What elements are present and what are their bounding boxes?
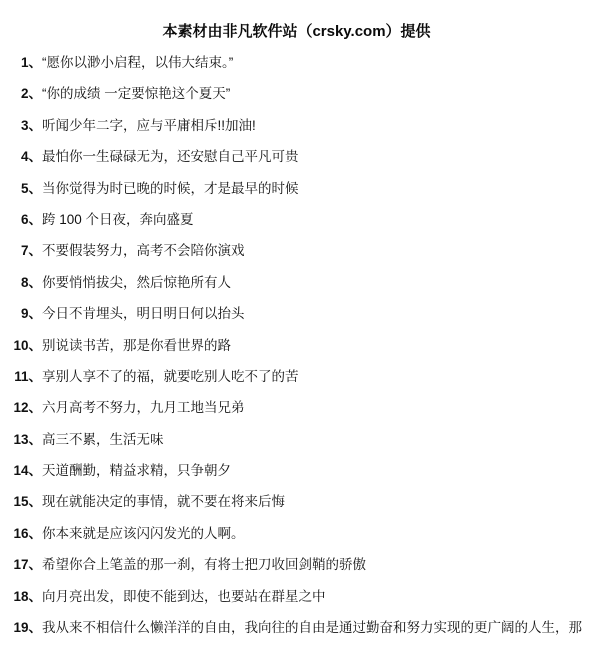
item-text: “愿你以渺小启程，以伟大结束。” (42, 47, 233, 78)
item-number: 13、 (12, 424, 42, 455)
item-text: 你本来就是应该闪闪发光的人啊。 (42, 518, 245, 549)
list-item: 3、 听闻少年二字，应与平庸相斥!!加油! (12, 110, 593, 141)
list-item: 14、 天道酬勤，精益求精，只争朝夕 (12, 455, 593, 486)
item-text: 现在就能决定的事情，就不要在将来后悔 (42, 486, 285, 517)
item-text: 希望你合上笔盖的那一刹，有将士把刀收回剑鞘的骄傲 (42, 549, 366, 580)
item-text: 跨 100 个日夜，奔向盛夏 (42, 204, 194, 235)
item-text: 六月高考不努力，九月工地当兄弟 (42, 392, 245, 423)
item-text: 我从来不相信什么懒洋洋的自由，我向往的自由是通过勤奋和努力实现的更广阔的人生，那 (42, 612, 582, 643)
page-title: 本素材由非凡软件站（crsky.com）提供 (0, 0, 593, 47)
item-text: 听闻少年二字，应与平庸相斥!!加油! (42, 110, 256, 141)
item-number: 9、 (12, 298, 42, 329)
list-item: 7、 不要假装努力，高考不会陪你演戏 (12, 235, 593, 266)
item-text: 别说读书苦，那是你看世界的路 (42, 330, 231, 361)
list-item: 19、 我从来不相信什么懒洋洋的自由，我向往的自由是通过勤奋和努力实现的更广阔的… (12, 612, 593, 643)
list-item: 2、 “你的成绩 一定要惊艳这个夏天” (12, 78, 593, 109)
item-text: 当你觉得为时已晚的时候，才是最早的时候 (42, 173, 299, 204)
item-number: 14、 (12, 455, 42, 486)
item-number: 4、 (12, 141, 42, 172)
list-item: 6、 跨 100 个日夜，奔向盛夏 (12, 204, 593, 235)
item-text: 不要假装努力，高考不会陪你演戏 (42, 235, 245, 266)
item-number: 19、 (12, 612, 42, 643)
item-number: 3、 (12, 110, 42, 141)
item-text: “你的成绩 一定要惊艳这个夏天” (42, 78, 230, 109)
item-text: 享别人享不了的福，就要吃别人吃不了的苦 (42, 361, 299, 392)
list-item: 15、 现在就能决定的事情，就不要在将来后悔 (12, 486, 593, 517)
item-number: 16、 (12, 518, 42, 549)
item-text: 你要悄悄拔尖，然后惊艳所有人 (42, 267, 231, 298)
list-item: 5、 当你觉得为时已晚的时候，才是最早的时候 (12, 173, 593, 204)
item-number: 1、 (12, 47, 42, 78)
item-number: 15、 (12, 486, 42, 517)
item-number: 10、 (12, 330, 42, 361)
item-number: 11、 (12, 361, 42, 392)
list-item: 9、 今日不肯埋头，明日明日何以抬头 (12, 298, 593, 329)
list-item: 13、 高三不累，生活无味 (12, 424, 593, 455)
item-number: 12、 (12, 392, 42, 423)
list-item: 18、 向月亮出发，即使不能到达，也要站在群星之中 (12, 581, 593, 612)
list-item: 11、 享别人享不了的福，就要吃别人吃不了的苦 (12, 361, 593, 392)
quote-list: 1、 “愿你以渺小启程，以伟大结束。” 2、 “你的成绩 一定要惊艳这个夏天” … (0, 47, 593, 643)
item-number: 8、 (12, 267, 42, 298)
item-number: 5、 (12, 173, 42, 204)
item-text: 天道酬勤，精益求精，只争朝夕 (42, 455, 231, 486)
list-item: 1、 “愿你以渺小启程，以伟大结束。” (12, 47, 593, 78)
list-item: 10、 别说读书苦，那是你看世界的路 (12, 330, 593, 361)
item-text: 最怕你一生碌碌无为，还安慰自己平凡可贵 (42, 141, 299, 172)
document-page: 本素材由非凡软件站（crsky.com）提供 1、 “愿你以渺小启程，以伟大结束… (0, 0, 593, 648)
list-item: 4、 最怕你一生碌碌无为，还安慰自己平凡可贵 (12, 141, 593, 172)
item-text: 今日不肯埋头，明日明日何以抬头 (42, 298, 245, 329)
item-number: 7、 (12, 235, 42, 266)
item-text: 高三不累，生活无味 (42, 424, 164, 455)
list-item: 16、 你本来就是应该闪闪发光的人啊。 (12, 518, 593, 549)
list-item: 12、 六月高考不努力，九月工地当兄弟 (12, 392, 593, 423)
list-item: 8、 你要悄悄拔尖，然后惊艳所有人 (12, 267, 593, 298)
item-number: 17、 (12, 549, 42, 580)
list-item: 17、 希望你合上笔盖的那一刹，有将士把刀收回剑鞘的骄傲 (12, 549, 593, 580)
item-number: 6、 (12, 204, 42, 235)
item-number: 18、 (12, 581, 42, 612)
item-number: 2、 (12, 78, 42, 109)
item-text: 向月亮出发，即使不能到达，也要站在群星之中 (42, 581, 326, 612)
